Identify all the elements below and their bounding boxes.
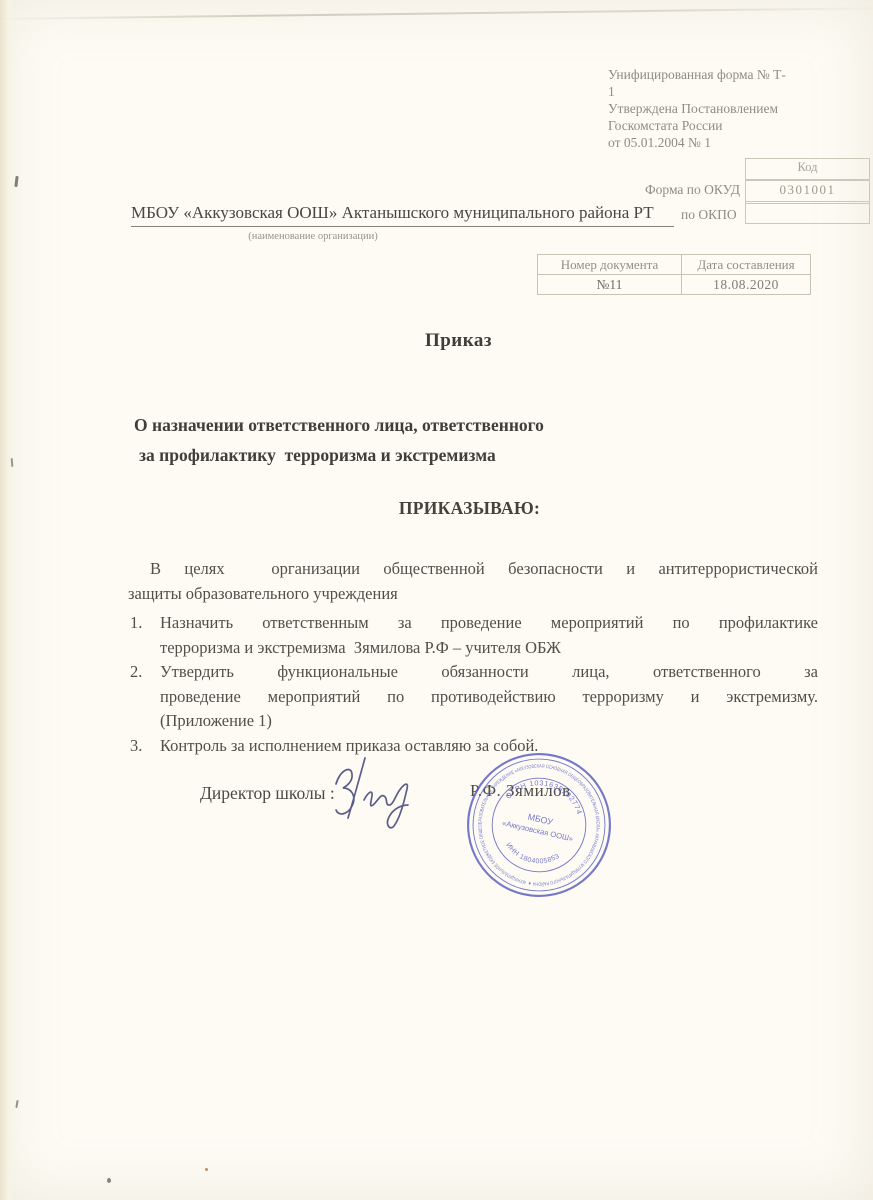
doc-number-value: №11 (538, 275, 682, 295)
form-reference-line: от 05.01.2004 № 1 (608, 134, 808, 151)
item-line: (Приложение 1) (160, 709, 818, 734)
preamble-line: В целях организации общественной безопас… (128, 557, 818, 582)
form-reference-line: Госкомстата России (608, 117, 808, 134)
item-number: 3. (130, 734, 142, 759)
stamp-middle-ring (460, 746, 618, 904)
form-reference-block: Унифицированная форма № Т- 1 Утверждена … (608, 66, 808, 151)
signature-handwriting (320, 750, 438, 832)
stamp-ring-text: МУНИЦИПАЛЬНОЕ БЮДЖЕТНОЕ ОБЩЕОБРАЗОВАТЕЛЬ… (465, 751, 612, 898)
stamp-ogrn-text: ОГРН 1031635202774 (503, 770, 590, 817)
svg-text:ИНН 1804005853: ИНН 1804005853 (502, 841, 563, 871)
paper-speck (107, 1178, 111, 1183)
order-item: 1. Назначить ответственным за проведение… (128, 611, 818, 660)
item-line: Утвердить функциональные обязанности лиц… (160, 660, 818, 685)
document-number-table: Номер документа Дата составления №11 18.… (537, 254, 811, 295)
doc-date-header: Дата составления (682, 255, 811, 275)
item-line: терроризма и экстремизма Зямилова Р.Ф – … (160, 636, 818, 661)
okud-label: Форма по ОКУД (590, 182, 740, 198)
subject-line: О назначении ответственного лица, ответс… (134, 411, 544, 441)
svg-text:МУНИЦИПАЛЬНОЕ БЮДЖЕТНОЕ ОБЩЕОБ: МУНИЦИПАЛЬНОЕ БЮДЖЕТНОЕ ОБЩЕОБРАЗОВАТЕЛЬ… (465, 751, 612, 898)
okpo-label: по ОКПО (681, 207, 737, 223)
scan-edge-line (0, 7, 873, 19)
stamp-inn-text: ИНН 1804005853 (502, 841, 563, 871)
form-reference-line: Унифицированная форма № Т- (608, 66, 808, 83)
subject-line: за профилактику терроризма и экстремизма (139, 441, 544, 471)
order-word: ПРИКАЗЫВАЮ: (66, 498, 873, 519)
organization-name: МБОУ «Аккузовская ООШ» Актанышского муни… (131, 203, 674, 227)
form-reference-line: Утверждена Постановлением (608, 100, 808, 117)
item-line: Назначить ответственным за проведение ме… (160, 611, 818, 636)
signature-label: Директор школы : (200, 783, 335, 804)
okpo-value-cell (745, 201, 870, 224)
organization-caption: (наименование организации) (228, 231, 398, 242)
preamble: В целях организации общественной безопас… (128, 557, 818, 606)
document-subject: О назначении ответственного лица, ответс… (134, 411, 544, 470)
paper-speck (205, 1168, 208, 1171)
margin-mark (15, 1100, 18, 1108)
scan-edge-shadow (0, 0, 14, 1200)
form-reference-line: 1 (608, 83, 808, 100)
order-item: 3. Контроль за исполнением приказа остав… (128, 734, 818, 759)
code-header-cell: Код (745, 158, 870, 181)
order-item: 2. Утвердить функциональные обязанности … (128, 660, 818, 734)
item-number: 2. (130, 660, 142, 685)
scanned-document-page: Унифицированная форма № Т- 1 Утверждена … (0, 0, 873, 1200)
order-items: 1. Назначить ответственным за проведение… (128, 611, 818, 758)
item-number: 1. (130, 611, 142, 636)
official-stamp: МУНИЦИПАЛЬНОЕ БЮДЖЕТНОЕ ОБЩЕОБРАЗОВАТЕЛЬ… (445, 731, 632, 918)
svg-text:ОГРН 1031635202774: ОГРН 1031635202774 (503, 770, 590, 817)
doc-number-header: Номер документа (538, 255, 682, 275)
doc-date-value: 18.08.2020 (682, 275, 811, 295)
preamble-line: защиты образовательного учреждения (128, 582, 818, 607)
margin-mark (14, 176, 18, 187)
item-line: проведение мероприятий по противодействи… (160, 685, 818, 710)
document-title: Приказ (44, 330, 873, 352)
